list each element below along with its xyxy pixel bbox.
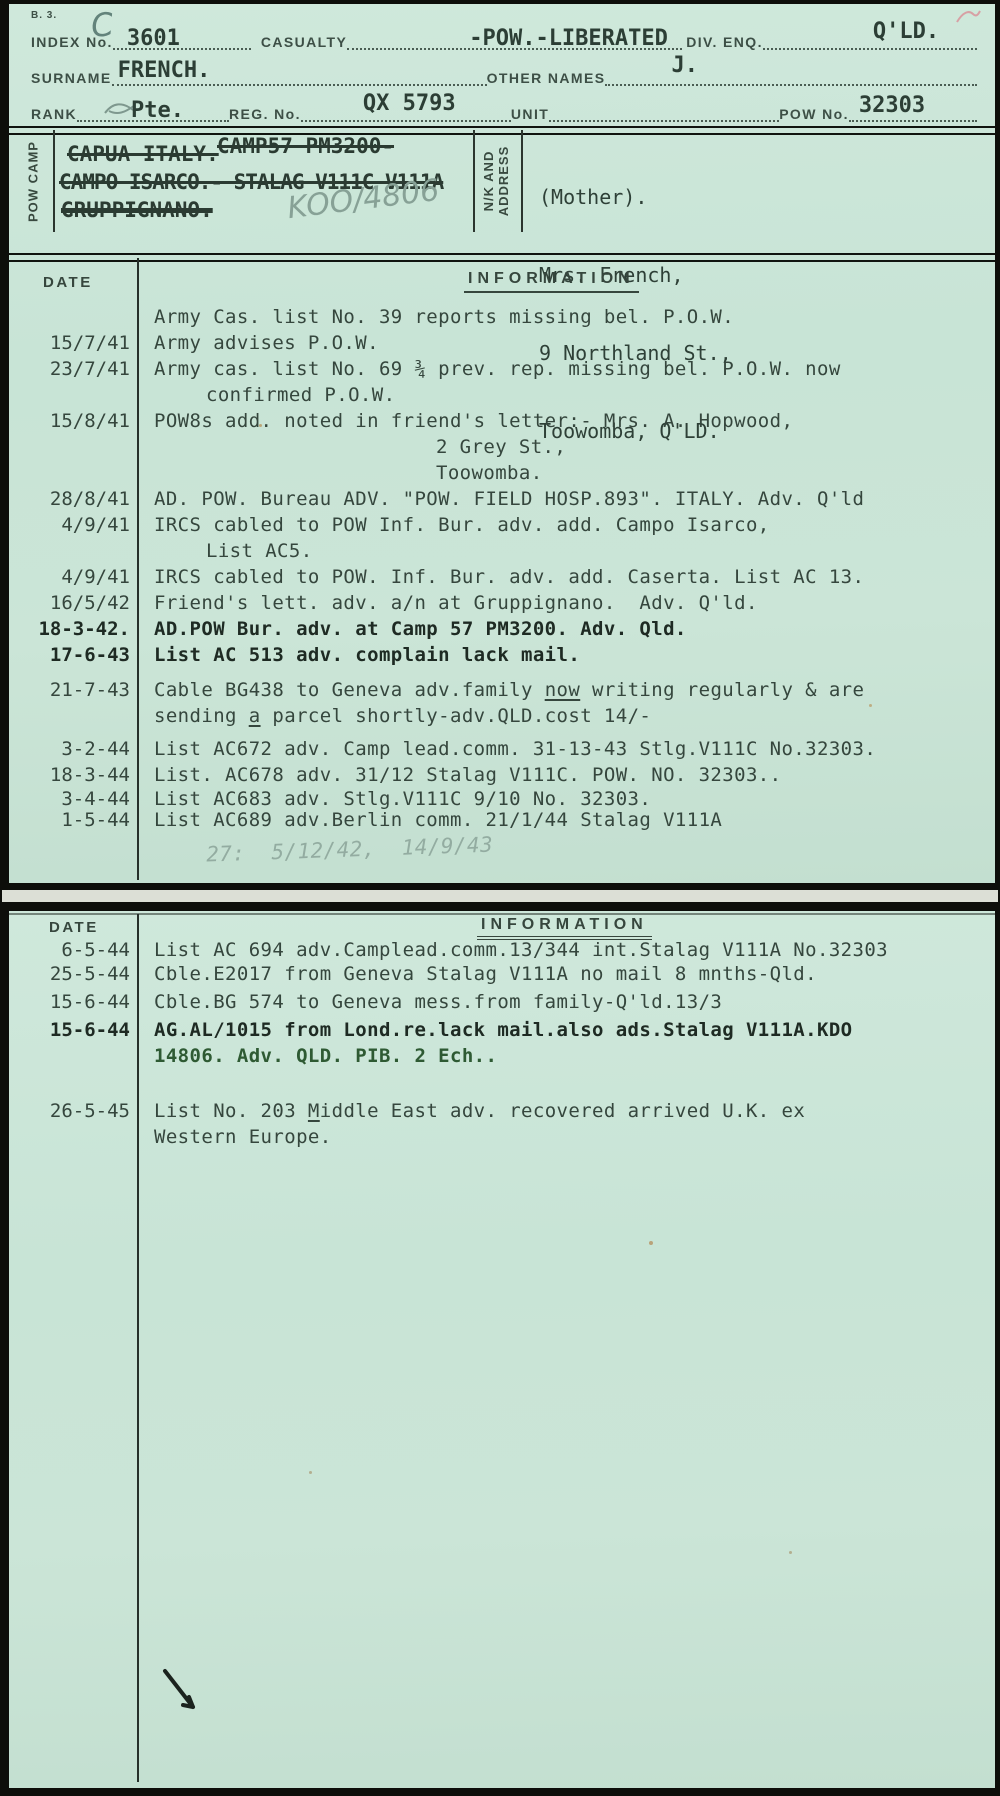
- information-line: IRCS cabled to POW. Inf. Bur. adv. add. …: [154, 564, 995, 590]
- pow-index-card-front: B. 3. C INDEX No. 3601 CASUALTY -POW.-LI…: [0, 0, 1000, 890]
- paper-speck: [309, 1471, 312, 1474]
- information-line: sending a parcel shortly-adv.QLD.cost 14…: [154, 703, 995, 729]
- header-row-surname: SURNAME FRENCH. OTHER NAMES J.: [31, 60, 977, 86]
- date-column-header: DATE: [49, 919, 99, 936]
- information-cell: List AC683 adv. Stlg.V111C 9/10 No. 3230…: [137, 788, 995, 810]
- rank-field: Pte.: [77, 96, 229, 122]
- surname-label: SURNAME: [31, 70, 112, 86]
- information-cell: IRCS cabled to POW Inf. Bur. adv. add. C…: [137, 512, 995, 564]
- information-line: List. AC678 adv. 31/12 Stalag V111C. POW…: [154, 762, 995, 788]
- date-cell: 3-2-44: [9, 736, 137, 762]
- date-cell: 28/8/41: [9, 486, 137, 512]
- unit-field: [549, 96, 779, 122]
- information-cell: List AC 694 adv.Camplead.comm.13/344 int…: [137, 938, 995, 962]
- information-cell: AD. POW. Bureau ADV. "POW. FIELD HOSP.89…: [137, 486, 995, 512]
- date-cell: 23/7/41: [9, 356, 137, 382]
- date-cell: 15/8/41: [9, 408, 137, 434]
- pow-no-value: 32303: [859, 93, 925, 118]
- information-line: 14806. Adv. QLD. PIB. 2 Ech..: [154, 1043, 995, 1069]
- form-code: B. 3.: [31, 10, 57, 21]
- casualty-value: -POW.-LIBERATED: [469, 26, 668, 51]
- camp-line-capua: CAPUA ITALY.: [67, 142, 219, 166]
- date-cell: 26-5-45: [9, 1098, 137, 1124]
- pow-no-label: POW No.: [779, 106, 849, 122]
- header-row-index: INDEX No. 3601 CASUALTY -POW.-LIBERATED …: [31, 24, 977, 50]
- div-enq-value: Q'LD.: [873, 19, 939, 44]
- table-row: 3-4-44List AC683 adv. Stlg.V111C 9/10 No…: [9, 788, 995, 810]
- table-row: 3-2-44List AC672 adv. Camp lead.comm. 31…: [9, 736, 995, 762]
- information-line: List AC683 adv. Stlg.V111C 9/10 No. 3230…: [154, 788, 995, 810]
- information-line: Army cas. list No. 69 ¾ prev. rep. missi…: [154, 356, 995, 382]
- information-line: AG.AL/1015 from Lond.re.lack mail.also a…: [154, 1017, 995, 1043]
- information-line: List AC672 adv. Camp lead.comm. 31-13-43…: [154, 736, 995, 762]
- double-rule: [9, 253, 995, 262]
- paper-speck: [649, 1241, 653, 1245]
- information-line: Toowomba.: [154, 460, 995, 486]
- table-row: 21-7-43Cable BG438 to Geneva adv.family …: [9, 677, 995, 729]
- address-line: (Mother).: [539, 184, 732, 210]
- information-line: Cble.E2017 from Geneva Stalag V111A no m…: [154, 962, 995, 986]
- information-cell: POW8s add. noted in friend's letter:- Mr…: [137, 408, 995, 486]
- rank-value: Pte.: [131, 98, 184, 123]
- pow-no-field: 32303: [849, 96, 977, 122]
- information-cell: List AC 513 adv. complain lack mail.: [137, 642, 995, 668]
- table-row: 26-5-45List No. 203 Middle East adv. rec…: [9, 1098, 995, 1150]
- camp-line-camp57: CAMP57 PM3200-: [217, 134, 394, 158]
- information-line: Cble.BG 574 to Geneva mess.from family-Q…: [154, 989, 995, 1015]
- table-row: 15/8/41POW8s add. noted in friend's lett…: [9, 408, 995, 486]
- information-line: Army Cas. list No. 39 reports missing be…: [154, 304, 995, 330]
- information-line: 2 Grey St.,: [154, 434, 995, 460]
- table-row: 4/9/41IRCS cabled to POW. Inf. Bur. adv.…: [9, 564, 995, 590]
- date-column-header: DATE: [43, 274, 93, 291]
- vertical-rule: [53, 130, 55, 232]
- information-line: Army advises P.O.W.: [154, 330, 995, 356]
- information-line: List No. 203 Middle East adv. recovered …: [154, 1098, 995, 1124]
- date-cell: 4/9/41: [9, 512, 137, 538]
- casualty-field: -POW.-LIBERATED: [347, 24, 682, 50]
- table-row: 17-6-43List AC 513 adv. complain lack ma…: [9, 642, 995, 668]
- information-cell: AD.POW Bur. adv. at Camp 57 PM3200. Adv.…: [137, 616, 995, 642]
- information-line: Friend's lett. adv. a/n at Gruppignano. …: [154, 590, 995, 616]
- reg-no-label: REG. No.: [229, 106, 301, 122]
- date-cell: 3-4-44: [9, 788, 137, 810]
- information-line: List AC 513 adv. complain lack mail.: [154, 642, 995, 668]
- paper-speck: [259, 424, 262, 427]
- date-cell: 18-3-42.: [9, 616, 137, 642]
- date-cell: 1-5-44: [9, 810, 137, 831]
- casualty-label: CASUALTY: [261, 34, 347, 50]
- table-row: 28/8/41AD. POW. Bureau ADV. "POW. FIELD …: [9, 486, 995, 512]
- information-rows: 6-5-44List AC 694 adv.Camplead.comm.13/3…: [9, 938, 995, 1150]
- information-line: List AC5.: [154, 538, 995, 564]
- information-cell: Army advises P.O.W.: [137, 330, 995, 356]
- information-cell: List AC672 adv. Camp lead.comm. 31-13-43…: [137, 736, 995, 762]
- information-line: List AC 694 adv.Camplead.comm.13/344 int…: [154, 938, 995, 962]
- other-names-value: J.: [671, 53, 698, 78]
- date-cell: 6-5-44: [9, 938, 137, 962]
- information-line: POW8s add. noted in friend's letter:- Mr…: [154, 408, 995, 434]
- table-row: 15-6-44Cble.BG 574 to Geneva mess.from f…: [9, 989, 995, 1015]
- table-row: 4/9/41IRCS cabled to POW Inf. Bur. adv. …: [9, 512, 995, 564]
- information-rows: Army Cas. list No. 39 reports missing be…: [9, 304, 995, 855]
- information-cell: Army Cas. list No. 39 reports missing be…: [137, 304, 995, 330]
- div-enq-field: Q'LD.: [763, 24, 977, 50]
- information-column-header: INFORMATION: [477, 916, 652, 940]
- nk-label-line2: ADDRESS: [496, 136, 511, 226]
- reg-no-field: QX 5793: [301, 96, 511, 122]
- information-cell: Cble.BG 574 to Geneva mess.from family-Q…: [137, 989, 995, 1015]
- date-cell: 17-6-43: [9, 642, 137, 668]
- nk-address-vertical-label: N/K AND ADDRESS: [481, 136, 511, 226]
- information-cell: List No. 203 Middle East adv. recovered …: [137, 1098, 995, 1150]
- table-row: 27: 5/12/42, 14/9/43: [9, 829, 995, 855]
- surname-value: FRENCH.: [118, 58, 211, 83]
- date-cell: 4/9/41: [9, 564, 137, 590]
- date-cell: 15/7/41: [9, 330, 137, 356]
- surname-field: FRENCH.: [112, 60, 487, 86]
- information-line: Western Europe.: [154, 1124, 995, 1150]
- information-line: AD. POW. Bureau ADV. "POW. FIELD HOSP.89…: [154, 486, 995, 512]
- pow-camp-vertical-label: POW CAMP: [26, 134, 41, 230]
- other-names-field: J.: [605, 60, 977, 86]
- pow-index-card-back: DATE INFORMATION 6-5-44List AC 694 adv.C…: [0, 902, 1000, 1796]
- information-column-header: INFORMATION: [464, 270, 639, 293]
- other-names-label: OTHER NAMES: [487, 70, 606, 86]
- table-row: 18-3-44List. AC678 adv. 31/12 Stalag V11…: [9, 762, 995, 788]
- information-cell: Army cas. list No. 69 ¾ prev. rep. missi…: [137, 356, 995, 408]
- date-cell: 21-7-43: [9, 677, 137, 703]
- index-no-label: INDEX No.: [31, 34, 113, 50]
- date-cell: 16/5/42: [9, 590, 137, 616]
- information-line: Cable BG438 to Geneva adv.family now wri…: [154, 677, 995, 703]
- table-row: 16/5/42Friend's lett. adv. a/n at Gruppi…: [9, 590, 995, 616]
- information-line: AD.POW Bur. adv. at Camp 57 PM3200. Adv.…: [154, 616, 995, 642]
- pow-camp-box: POW CAMP CAPUA ITALY. CAMP57 PM3200- CAM…: [9, 130, 995, 232]
- table-row: 6-5-44List AC 694 adv.Camplead.comm.13/3…: [9, 938, 995, 962]
- information-cell: List. AC678 adv. 31/12 Stalag V111C. POW…: [137, 762, 995, 788]
- index-no-field: 3601: [113, 24, 251, 50]
- date-cell: 15-6-44: [9, 1017, 137, 1043]
- rank-label: RANK: [31, 106, 77, 122]
- header-row-rank: RANK Pte. REG. No. QX 5793 UNIT POW No. …: [31, 96, 977, 122]
- table-row: Army Cas. list No. 39 reports missing be…: [9, 304, 995, 330]
- date-cell: 18-3-44: [9, 762, 137, 788]
- information-line: confirmed P.O.W.: [154, 382, 995, 408]
- table-row: 23/7/41Army cas. list No. 69 ¾ prev. rep…: [9, 356, 995, 408]
- vertical-rule: [473, 130, 475, 232]
- unit-label: UNIT: [511, 106, 549, 122]
- index-no-value: 3601: [127, 26, 180, 51]
- table-row: 15-6-44AG.AL/1015 from Lond.re.lack mail…: [9, 1017, 995, 1069]
- information-cell: AG.AL/1015 from Lond.re.lack mail.also a…: [137, 1017, 995, 1069]
- ink-stroke-mark: [159, 1667, 205, 1717]
- table-row: 25-5-44Cble.E2017 from Geneva Stalag V11…: [9, 962, 995, 986]
- div-enq-label: DIV. ENQ.: [686, 34, 763, 50]
- nk-label-line1: N/K AND: [481, 136, 496, 226]
- paper-speck: [789, 1551, 792, 1554]
- date-cell: 15-6-44: [9, 989, 137, 1015]
- reg-no-value: QX 5793: [363, 91, 456, 116]
- paper-speck: [869, 704, 872, 707]
- information-cell: Cable BG438 to Geneva adv.family now wri…: [137, 677, 995, 729]
- information-cell: IRCS cabled to POW. Inf. Bur. adv. add. …: [137, 564, 995, 590]
- camp-line-gruppignano: GRUPPIGNANO.: [61, 198, 213, 222]
- information-cell: Friend's lett. adv. a/n at Gruppignano. …: [137, 590, 995, 616]
- table-row: 15/7/41Army advises P.O.W.: [9, 330, 995, 356]
- date-cell: 25-5-44: [9, 962, 137, 986]
- vertical-rule: [521, 130, 523, 232]
- scan-gap: [0, 890, 1000, 902]
- table-row: 18-3-42.AD.POW Bur. adv. at Camp 57 PM32…: [9, 616, 995, 642]
- information-cell: Cble.E2017 from Geneva Stalag V111A no m…: [137, 962, 995, 986]
- information-line: IRCS cabled to POW Inf. Bur. adv. add. C…: [154, 512, 995, 538]
